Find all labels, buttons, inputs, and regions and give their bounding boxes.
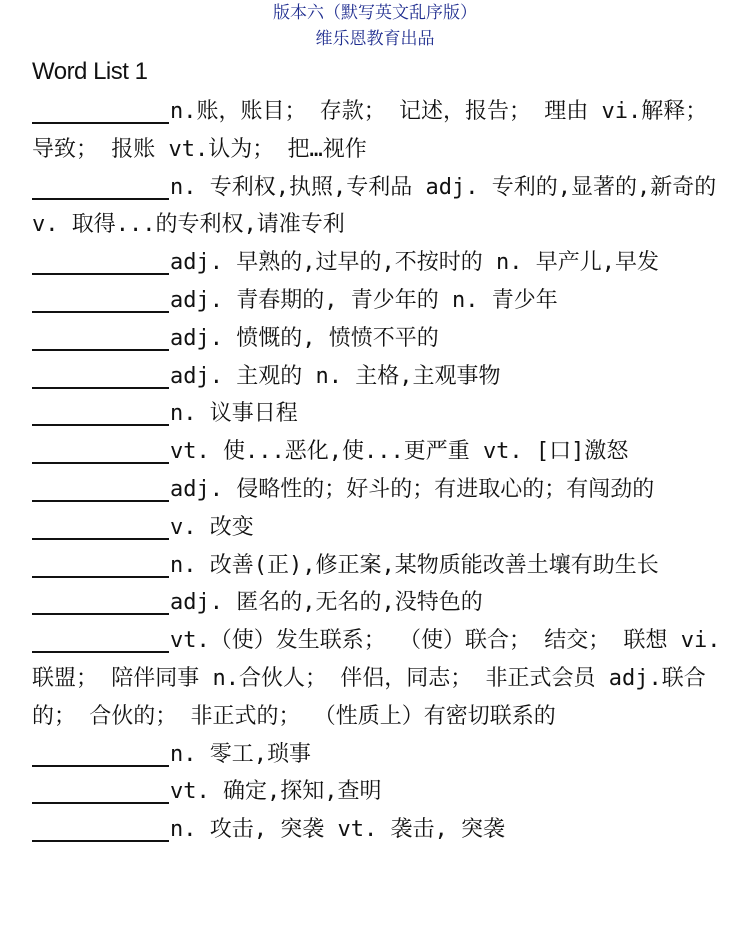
answer-blank	[32, 625, 169, 653]
list-item: adj. 匿名的,无名的,没特色的	[32, 584, 732, 622]
answer-blank	[32, 172, 169, 200]
list-item: adj. 早熟的,过早的,不按时的 n. 早产儿,早发	[32, 244, 732, 282]
publisher-line: 维乐恩教育出品	[0, 26, 750, 52]
answer-blank	[32, 776, 169, 804]
document-header: 版本六（默写英文乱序版） 维乐恩教育出品	[0, 0, 750, 52]
definition: n. 零工,琐事	[170, 742, 311, 767]
list-item: vt. 确定,探知,查明	[32, 773, 732, 811]
definition: adj. 青春期的, 青少年的 n. 青少年	[170, 288, 558, 313]
definition: vt. 使...恶化,使...更严重 vt. [口]激怒	[170, 439, 628, 464]
word-list: n.账，账目； 存款； 记述，报告； 理由 vi.解释； 导致； 报账 vt.认…	[32, 93, 732, 849]
definition: adj. 愤慨的, 愤愤不平的	[170, 326, 439, 351]
answer-blank	[32, 512, 169, 540]
answer-blank	[32, 587, 169, 615]
list-item: adj. 青春期的, 青少年的 n. 青少年	[32, 282, 732, 320]
answer-blank	[32, 247, 169, 275]
answer-blank	[32, 398, 169, 426]
list-item: vt.（使）发生联系； （使）联合； 结交； 联想 vi.联盟； 陪伴同事 n.…	[32, 622, 732, 735]
answer-blank	[32, 550, 169, 578]
list-item: v. 改变	[32, 509, 732, 547]
list-item: n. 专利权,执照,专利品 adj. 专利的,显著的,新奇的 v. 取得...的…	[32, 169, 732, 245]
answer-blank	[32, 285, 169, 313]
definition: n. 改善(正),修正案,某物质能改善土壤有助生长	[170, 553, 659, 578]
definition: adj. 侵略性的；好斗的；有进取心的；有闯劲的	[170, 477, 654, 502]
list-item: n. 攻击, 突袭 vt. 袭击, 突袭	[32, 811, 732, 849]
definition: n. 议事日程	[170, 401, 298, 426]
answer-blank	[32, 814, 169, 842]
definition: adj. 主观的 n. 主格,主观事物	[170, 364, 500, 389]
definition: adj. 早熟的,过早的,不按时的 n. 早产儿,早发	[170, 250, 659, 275]
list-item: adj. 愤慨的, 愤愤不平的	[32, 320, 732, 358]
answer-blank	[32, 361, 169, 389]
list-item: adj. 侵略性的；好斗的；有进取心的；有闯劲的	[32, 471, 732, 509]
answer-blank	[32, 474, 169, 502]
list-item: n. 议事日程	[32, 395, 732, 433]
list-item: n.账，账目； 存款； 记述，报告； 理由 vi.解释； 导致； 报账 vt.认…	[32, 93, 732, 169]
word-list-title: Word List 1	[32, 58, 147, 86]
answer-blank	[32, 436, 169, 464]
definition: v. 改变	[170, 515, 254, 540]
answer-blank	[32, 739, 169, 767]
definition: n. 攻击, 突袭 vt. 袭击, 突袭	[170, 817, 505, 842]
list-item: vt. 使...恶化,使...更严重 vt. [口]激怒	[32, 433, 732, 471]
definition: vt. 确定,探知,查明	[170, 779, 381, 804]
answer-blank	[32, 96, 169, 124]
definition: adj. 匿名的,无名的,没特色的	[170, 590, 483, 615]
list-item: n. 改善(正),修正案,某物质能改善土壤有助生长	[32, 547, 732, 585]
answer-blank	[32, 323, 169, 351]
version-title: 版本六（默写英文乱序版）	[0, 0, 750, 26]
list-item: n. 零工,琐事	[32, 736, 732, 774]
list-item: adj. 主观的 n. 主格,主观事物	[32, 358, 732, 396]
